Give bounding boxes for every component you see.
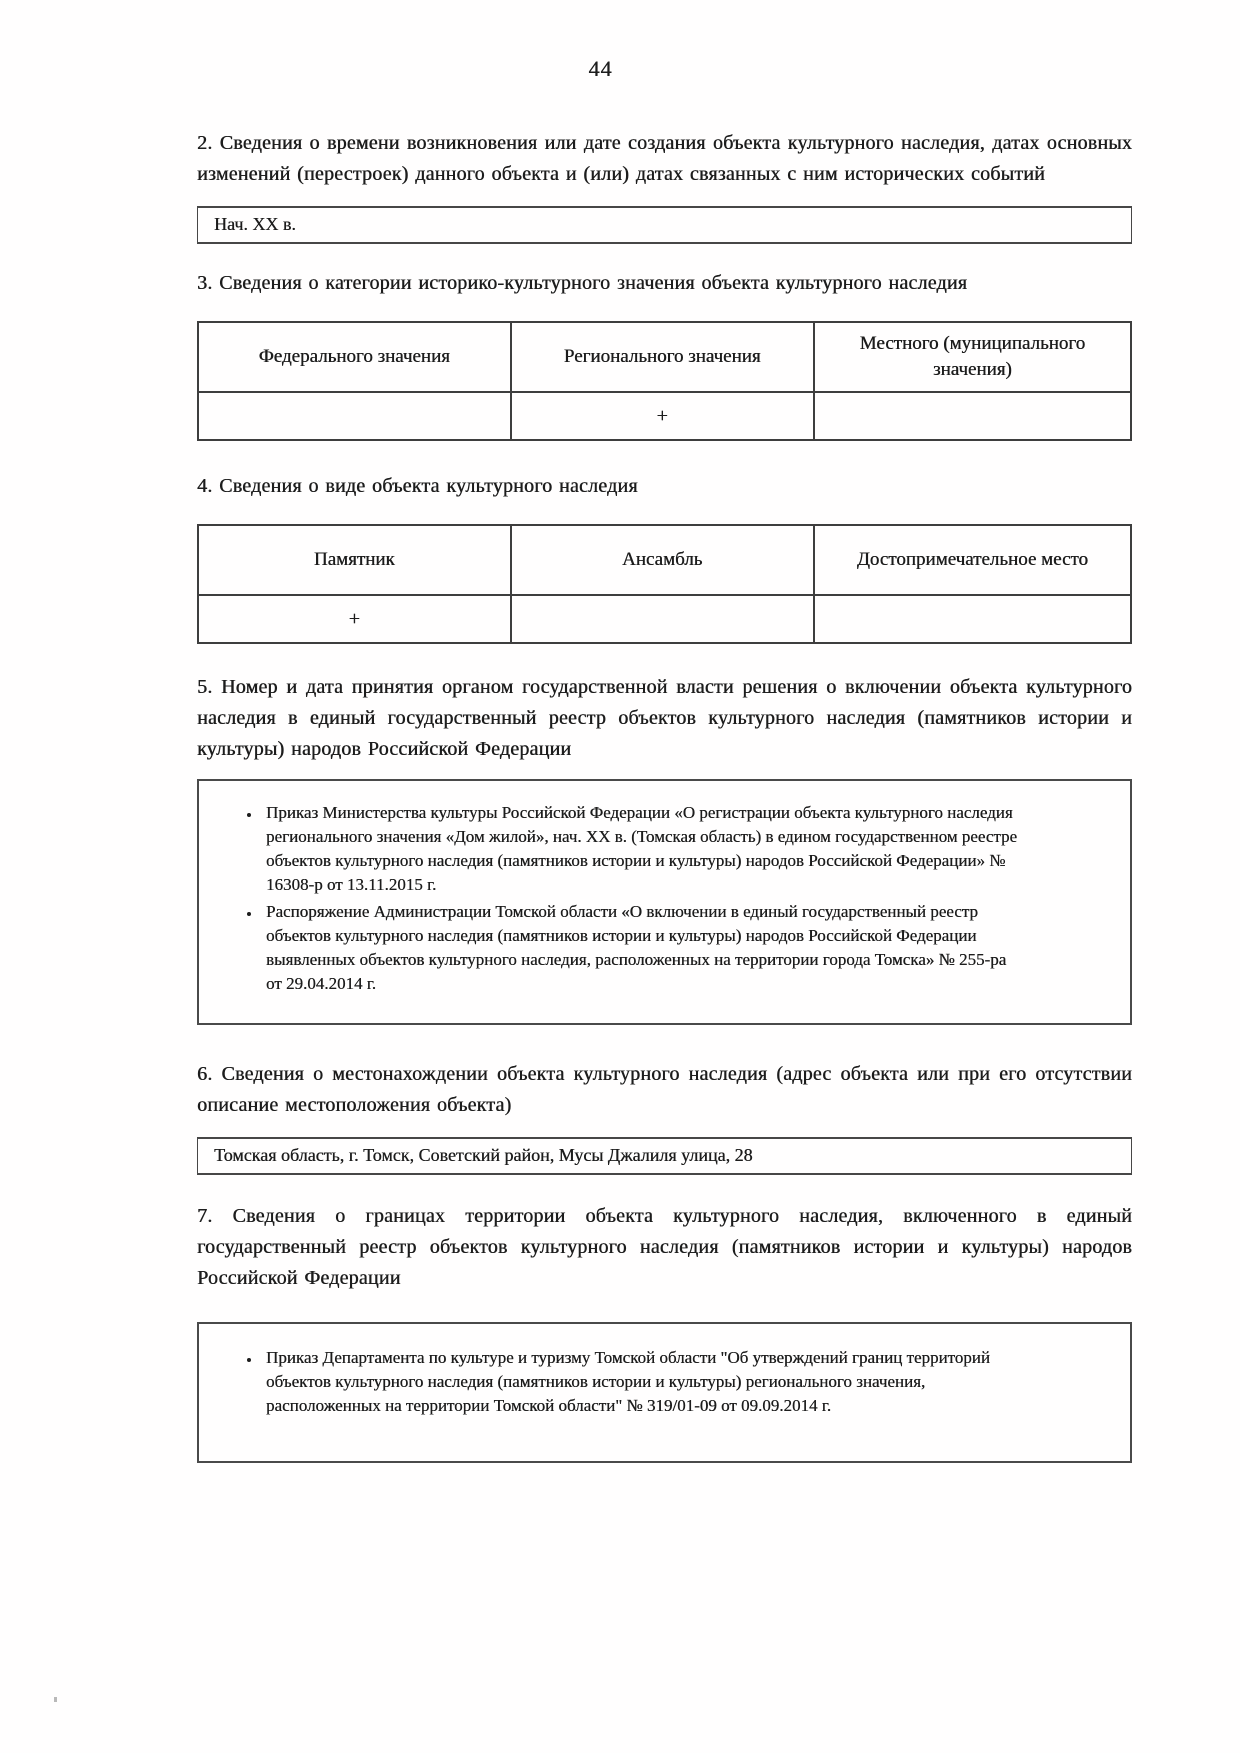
section-5-document-list: Приказ Министерства культуры Российской … bbox=[241, 801, 1025, 996]
section-3-category: 3. Сведения о категории историко-культур… bbox=[197, 268, 1132, 441]
mark-cell-landmark bbox=[814, 595, 1131, 643]
scanned-document-page: 44 2. Сведения о времени возникновения и… bbox=[0, 0, 1240, 1753]
mark-cell-regional: + bbox=[511, 392, 814, 440]
table-header-row: Федерального значения Регионального знач… bbox=[198, 322, 1131, 392]
header-cell-local: Местного (муниципального значения) bbox=[814, 322, 1131, 392]
section-2-value-box: Нач. XX в. bbox=[197, 206, 1132, 244]
section-7-documents-box: Приказ Департамента по культуре и туризм… bbox=[197, 1322, 1132, 1463]
table-mark-row: + bbox=[198, 595, 1131, 643]
section-4-object-kind: 4. Сведения о виде объекта культурного н… bbox=[197, 471, 1132, 644]
section-5-documents-box: Приказ Министерства культуры Российской … bbox=[197, 779, 1132, 1025]
mark-cell-federal bbox=[198, 392, 511, 440]
section-3-heading: 3. Сведения о категории историко-культур… bbox=[197, 268, 1132, 299]
table-header-row: Памятник Ансамбль Достопримечательное ме… bbox=[198, 525, 1131, 595]
section-2-heading: 2. Сведения о времени возникновения или … bbox=[197, 128, 1132, 190]
mark-cell-monument: + bbox=[198, 595, 511, 643]
header-cell-ensemble: Ансамбль bbox=[511, 525, 814, 595]
object-kind-table: Памятник Ансамбль Достопримечательное ме… bbox=[197, 524, 1132, 644]
section-7-territory-borders: 7. Сведения о границах территории объект… bbox=[197, 1201, 1132, 1463]
header-cell-monument: Памятник bbox=[198, 525, 511, 595]
mark-cell-ensemble bbox=[511, 595, 814, 643]
header-cell-regional: Регионального значения bbox=[511, 322, 814, 392]
section-7-heading: 7. Сведения о границах территории объект… bbox=[197, 1201, 1132, 1294]
list-item-order-department: Приказ Департамента по культуре и туризм… bbox=[261, 1346, 1025, 1418]
header-cell-landmark: Достопримечательное место bbox=[814, 525, 1131, 595]
section-5-registry-decision: 5. Номер и дата принятия органом государ… bbox=[197, 672, 1132, 1025]
section-6-address-box: Томская область, г. Томск, Советский рай… bbox=[197, 1137, 1132, 1175]
scan-artifact bbox=[54, 1697, 57, 1702]
table-mark-row: + bbox=[198, 392, 1131, 440]
section-7-document-list: Приказ Департамента по культуре и туризм… bbox=[241, 1346, 1025, 1418]
list-item-order-ministry: Приказ Министерства культуры Российской … bbox=[261, 801, 1025, 897]
section-6-location: 6. Сведения о местонахождении объекта ку… bbox=[197, 1059, 1132, 1175]
mark-cell-local bbox=[814, 392, 1131, 440]
section-5-heading: 5. Номер и дата принятия органом государ… bbox=[197, 672, 1132, 765]
page-content: 2. Сведения о времени возникновения или … bbox=[197, 86, 1132, 1463]
section-4-heading: 4. Сведения о виде объекта культурного н… bbox=[197, 471, 1132, 502]
category-significance-table: Федерального значения Регионального знач… bbox=[197, 321, 1132, 441]
section-2-creation-date: 2. Сведения о времени возникновения или … bbox=[197, 128, 1132, 244]
section-2-value: Нач. XX в. bbox=[214, 214, 296, 234]
section-6-address: Томская область, г. Томск, Советский рай… bbox=[214, 1145, 753, 1165]
section-6-heading: 6. Сведения о местонахождении объекта ку… bbox=[197, 1059, 1132, 1121]
page-number: 44 bbox=[197, 56, 1132, 82]
header-cell-federal: Федерального значения bbox=[198, 322, 511, 392]
list-item-directive-administration: Распоряжение Администрации Томской облас… bbox=[261, 900, 1025, 996]
